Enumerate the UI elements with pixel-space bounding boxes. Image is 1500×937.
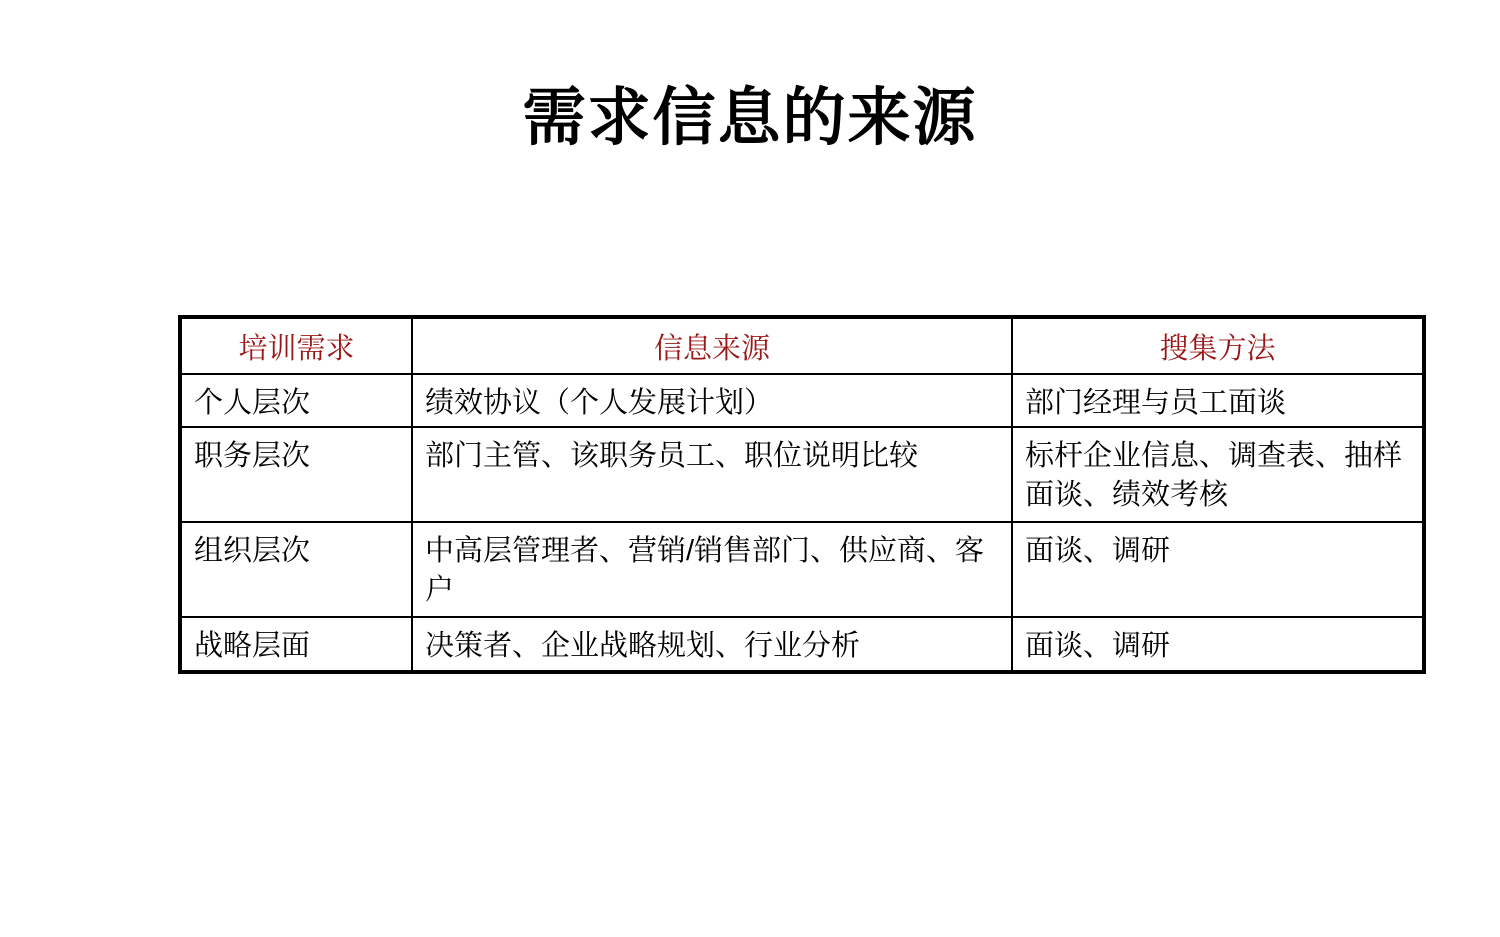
- cell-method: 部门经理与员工面谈: [1012, 374, 1424, 427]
- table-row-individual-level: 个人层次 绩效协议（个人发展计划） 部门经理与员工面谈: [180, 374, 1424, 427]
- cell-source: 决策者、企业战略规划、行业分析: [412, 617, 1012, 671]
- table-header-row: 培训需求 信息来源 搜集方法: [180, 317, 1424, 374]
- table-row-organization-level: 组织层次 中高层管理者、营销/销售部门、供应商、客户 面谈、调研: [180, 522, 1424, 617]
- col-header-info-source: 信息来源: [412, 317, 1012, 374]
- table-row-strategy-level: 战略层面 决策者、企业战略规划、行业分析 面谈、调研: [180, 617, 1424, 671]
- col-header-collection-method: 搜集方法: [1012, 317, 1424, 374]
- table-row-job-level: 职务层次 部门主管、该职务员工、职位说明比较 标杆企业信息、调查表、抽样面谈、绩…: [180, 427, 1424, 522]
- cell-need: 职务层次: [180, 427, 412, 522]
- info-table: 培训需求 信息来源 搜集方法 个人层次 绩效协议（个人发展计划） 部门经理与员工…: [178, 315, 1426, 674]
- cell-source: 中高层管理者、营销/销售部门、供应商、客户: [412, 522, 1012, 617]
- cell-source: 部门主管、该职务员工、职位说明比较: [412, 427, 1012, 522]
- cell-method: 标杆企业信息、调查表、抽样面谈、绩效考核: [1012, 427, 1424, 522]
- col-header-training-need: 培训需求: [180, 317, 412, 374]
- cell-source: 绩效协议（个人发展计划）: [412, 374, 1012, 427]
- page-title: 需求信息的来源: [0, 78, 1500, 160]
- cell-need: 个人层次: [180, 374, 412, 427]
- cell-need: 组织层次: [180, 522, 412, 617]
- cell-method: 面谈、调研: [1012, 522, 1424, 617]
- cell-method: 面谈、调研: [1012, 617, 1424, 671]
- cell-need: 战略层面: [180, 617, 412, 671]
- slide-canvas: 需求信息的来源 培训需求 信息来源 搜集方法 个人层次 绩效协议（个人发展计划）…: [0, 0, 1500, 937]
